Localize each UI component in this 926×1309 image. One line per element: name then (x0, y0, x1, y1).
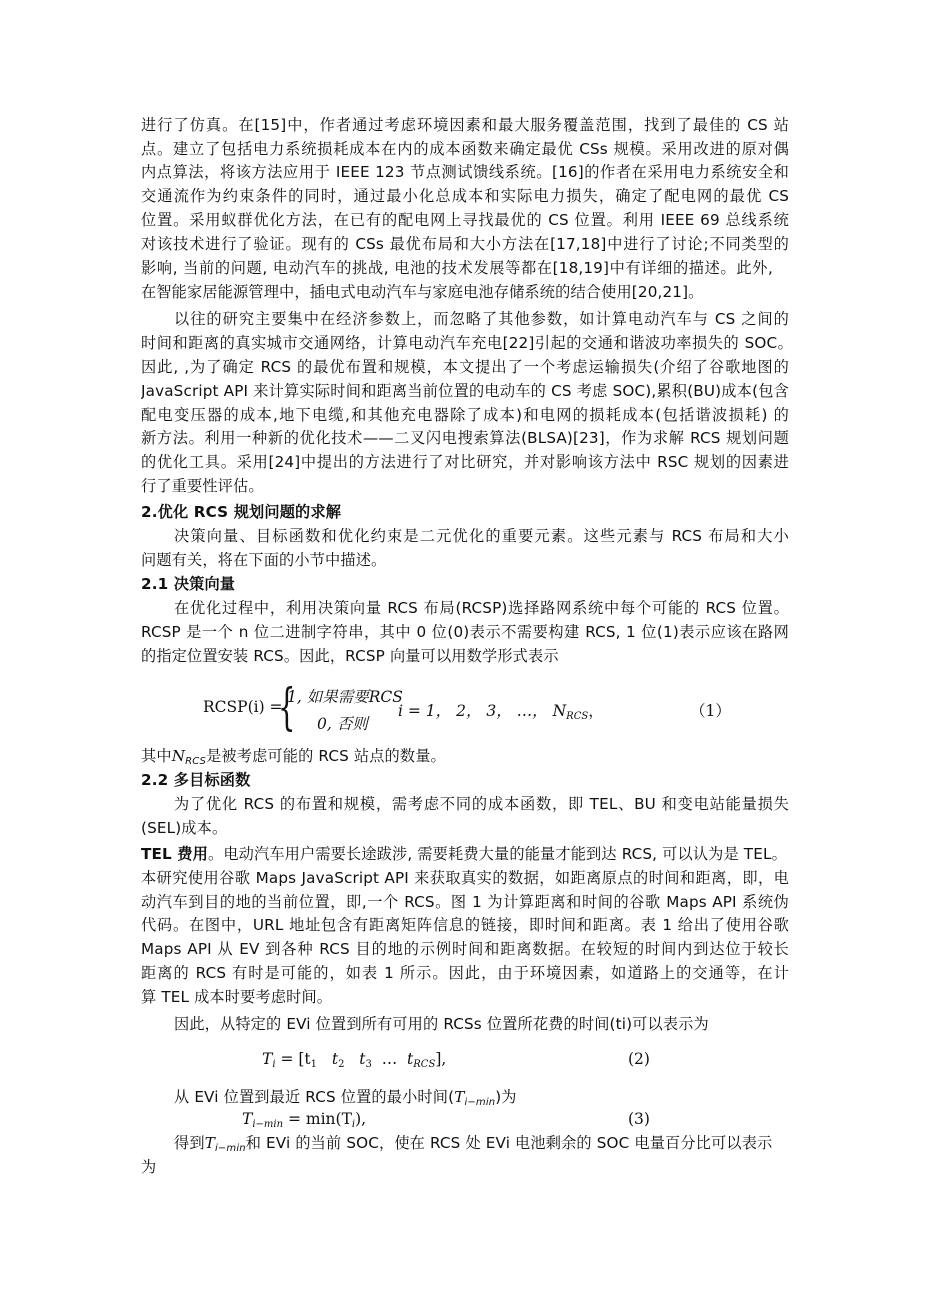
section-2-1-line-1: 在优化过程中，利用决策向量 RCS 布局(RCSP)选择路网系统中每个可能的 R… (174, 598, 789, 618)
equation-1-lhs: RCSP(i) = (203, 698, 283, 716)
after-eq-var: N (172, 747, 185, 765)
paragraph-2-line-8: 行了重要性评估。 (141, 476, 789, 496)
section-2-line-2: 问题有关，将在下面的小节中描述。 (141, 550, 789, 570)
min-intro-var: T (454, 1088, 464, 1106)
eq2-rest: = [t (276, 1050, 311, 1068)
eq3-rhs: = min(T (283, 1110, 352, 1128)
eq2-tlast-sub: RCS (413, 1059, 435, 1070)
equation-1-range-suffix: ， (588, 702, 604, 720)
eq2-t1-sub: 1 (311, 1059, 317, 1070)
equation-1-range-text: i = 1， 2， 3， …， (398, 702, 548, 720)
equation-1-case-2: 0, 否则 (317, 712, 368, 734)
time-intro: 因此，从特定的 EVi 位置到所有可用的 RCSs 位置所花费的时间(ti)可以… (174, 1014, 789, 1034)
eq2-close: ], (435, 1050, 446, 1068)
eq2-t3-sub: 3 (365, 1059, 371, 1070)
section-2-heading: 2.优化 RCS 规划问题的求解 (141, 502, 789, 522)
tel-label: TEL 费用 (141, 845, 208, 863)
tel-paragraph-line-2: 本研究使用谷歌 Maps JavaScript API 来获取真实的数据，如距离… (141, 868, 789, 888)
tel-paragraph-line-5: Maps API 从 EV 到各种 RCS 目的地的示例时间和距离数据。在较短的… (141, 939, 789, 959)
paragraph-2-line-7: 的优化工具。采用[24]中提出的方法进行了对比研究，并对影响该方法中 RSC 规… (141, 452, 789, 472)
equation-3: Ti−min = min(Ti), (242, 1110, 366, 1130)
soc-line: 得到Ti−min和 EVi 的当前 SOC，使在 RCS 处 EVi 电池剩余的… (174, 1133, 789, 1159)
tel-paragraph-line-7: 算 TEL 成本时要考虑时间。 (141, 987, 789, 1007)
section-2-1-after-equation: 其中NRCS是被考虑可能的 RCS 站点的数量。 (141, 746, 789, 772)
paragraph-2-line-4: JavaScript API 来计算实际时间和距离当前位置的电动车的 CS 考虑… (141, 381, 789, 401)
soc-tail: 为 (141, 1157, 789, 1177)
eq3-lhs-var: T (242, 1110, 252, 1128)
equation-1-range-var: N (553, 702, 567, 720)
tel-paragraph-line-3: 动汽车到目的地的当前位置，即,一个 RCS。图 1 为计算距离和时间的谷歌 Ma… (141, 892, 789, 912)
section-2-2-line-1: 为了优化 RCS 的布置和规模，需考虑不同的成本函数，即 TEL、BU 和变电站… (174, 794, 789, 814)
equation-1-range-sub: RCS (566, 711, 588, 722)
document-page: 进行了仿真。在[15]中，作者通过考虑环境因素和最大服务覆盖范围，找到了最佳的 … (0, 0, 926, 1309)
eq2-dots: … (382, 1050, 398, 1068)
section-2-line-1: 决策向量、目标函数和优化约束是二元优化的重要元素。这些元素与 RCS 布局和大小 (174, 526, 789, 546)
paragraph-2-line-6: 新方法。利用一种新的优化技术——二叉闪电搜索算法(BLSA)[23]，作为求解 … (141, 428, 789, 448)
eq3-close: ), (355, 1110, 366, 1128)
tel-paragraph-line-6: 距离的 RCS 有时是可能的，如表 1 所示。因此，由于环境因素，如道路上的交通… (141, 963, 789, 983)
eq2-T: T (262, 1050, 272, 1068)
paragraph-1-line-5: 位置。采用蚁群优化方法，在已有的配电网上寻找最优的 CS 位置。利用 IEEE … (141, 210, 789, 230)
after-eq-suffix: 是被考虑可能的 RCS 站点的数量。 (206, 747, 446, 765)
paragraph-1-line-8: 在智能家居能源管理中，插电式电动汽车与家庭电池存储系统的结合使用[20,21]。 (141, 282, 789, 302)
equation-1-number: （1） (690, 699, 731, 721)
soc-sub: i−min (215, 1143, 246, 1154)
equation-2: Ti = [t1 t2 t3 … tRCS], (262, 1050, 446, 1070)
equation-1-case-1: 1, 如果需要RCS (287, 685, 403, 707)
after-eq-sub: RCS (185, 756, 206, 767)
paragraph-2-line-1: 以往的研究主要集中在经济参数上，而忽略了其他参数，如计算电动汽车与 CS 之间的 (174, 309, 789, 329)
eq3-lhs-sub: i−min (252, 1119, 283, 1130)
tel-line-1-text: 。电动汽车用户需要长途跋涉, 需要耗费大量的能量才能到达 RCS, 可以认为是 … (208, 845, 787, 863)
paragraph-1-line-2: 点。建立了包括电力系统损耗成本在内的成本函数来确定最优 CSs 规模。采用改进的… (141, 139, 789, 159)
paragraph-2-line-3: 因此, ,为了确定 RCS 的最优布置和规模，本文提出了一个考虑运输损失(介绍了… (141, 357, 789, 377)
tel-paragraph-line-4: 代码。在图中，URL 地址包含有距离矩阵信息的链接，即时间和距离。表 1 给出了… (141, 915, 789, 935)
soc-text: 和 EVi 的当前 SOC，使在 RCS 处 EVi 电池剩余的 SOC 电量百… (246, 1134, 773, 1152)
min-intro-prefix: 从 EVi 位置到最近 RCS 位置的最小时间( (174, 1088, 454, 1106)
section-2-1-heading: 2.1 决策向量 (141, 574, 789, 594)
section-2-1-line-3: 的指定位置安装 RCS。因此，RCSP 向量可以用数学形式表示 (141, 646, 789, 666)
after-eq-prefix: 其中 (141, 747, 172, 765)
equation-3-number: (3) (628, 1110, 650, 1128)
paragraph-1-line-1: 进行了仿真。在[15]中，作者通过考虑环境因素和最大服务覆盖范围，找到了最佳的 … (141, 115, 789, 135)
paragraph-1-line-3: 内点算法，将该方法应用于 IEEE 123 节点测试馈线系统。[16]的作者在采… (141, 162, 789, 182)
soc-prefix: 得到 (174, 1134, 205, 1152)
equation-2-number: (2) (628, 1050, 650, 1068)
tel-paragraph-line-1: TEL 费用。电动汽车用户需要长途跋涉, 需要耗费大量的能量才能到达 RCS, … (141, 844, 789, 864)
soc-var: T (205, 1134, 215, 1152)
paragraph-2-line-5: 配电变压器的成本,地下电缆,和其他充电器除了成本)和电网的损耗成本(包括谐波损耗… (141, 405, 789, 425)
eq2-t2-sub: 2 (338, 1059, 344, 1070)
equation-1-range: i = 1， 2， 3， …， NRCS， (398, 699, 604, 722)
paragraph-2-line-2: 时间和距离的真实城市交通网络，计算电动汽车充电[22]引起的交通和谐波功率损失的… (141, 333, 793, 353)
section-2-2-heading: 2.2 多目标函数 (141, 770, 789, 790)
paragraph-1-line-6: 对该技术进行了验证。现有的 CSs 最优布局和大小方法在[17,18]中进行了讨… (141, 234, 789, 254)
section-2-2-line-2: (SEL)成本。 (141, 818, 789, 838)
section-2-1-line-2: RCSP 是一个 n 位二进制字符串，其中 0 位(0)表示不需要构建 RCS,… (141, 622, 789, 642)
paragraph-1-line-4: 交通流作为约束条件的同时，通过最小化总成本和实际电力损失，确定了配电网的最优 C… (141, 186, 789, 206)
paragraph-1-line-7: 影响, 当前的问题, 电动汽车的挑战, 电池的技术发展等都在[18,19]中有详… (141, 258, 773, 278)
min-intro-suffix: )为 (495, 1088, 516, 1106)
min-intro-sub: i−min (464, 1097, 495, 1108)
